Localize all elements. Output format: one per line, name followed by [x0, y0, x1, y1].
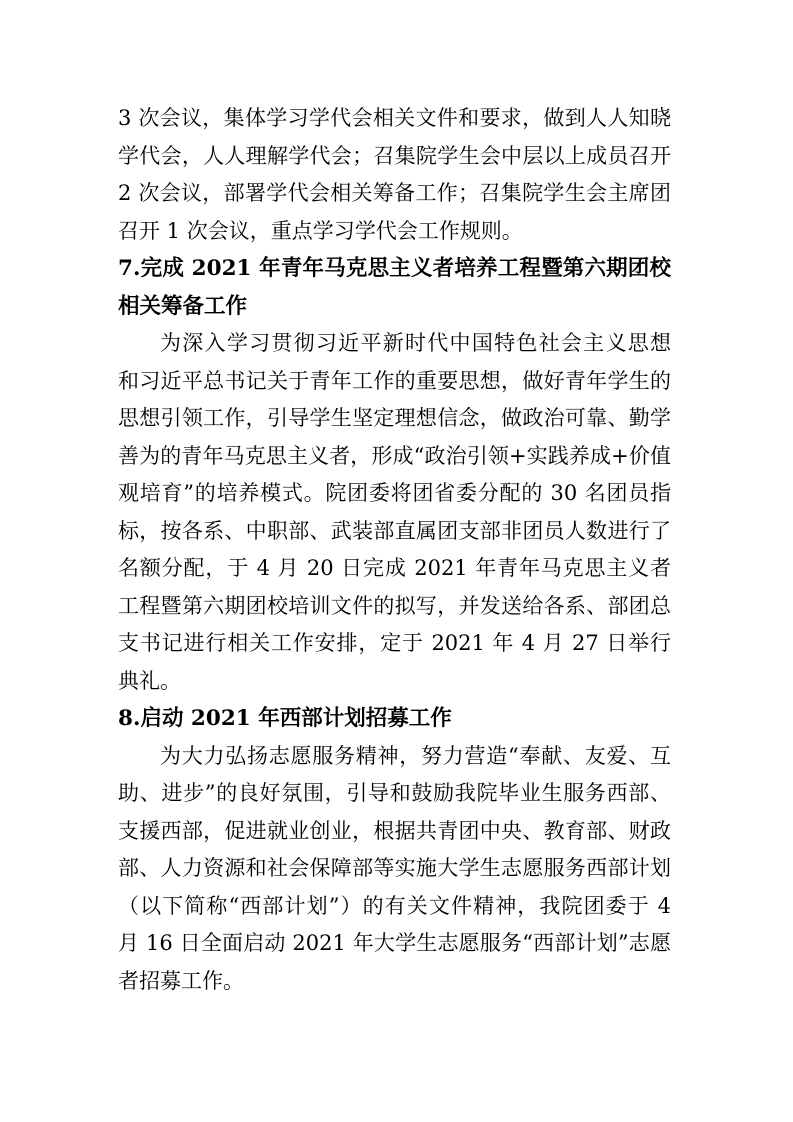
- text-line: 支援西部，促进就业创业，根据共青团中央、教育部、财政: [118, 813, 671, 851]
- heading-line: 相关筹备工作: [118, 288, 671, 326]
- text-line: 工程暨第六期团校培训文件的拟写，并发送给各系、部团总: [118, 588, 671, 626]
- text-line: 学代会，人人理解学代会；召集院学生会中层以上成员召开: [118, 138, 671, 176]
- text-line: 月 16 日全面启动 2021 年大学生志愿服务“西部计划”志愿: [118, 925, 671, 963]
- document-page: 3 次会议，集体学习学代会相关文件和要求，做到人人知晓 学代会，人人理解学代会；…: [0, 0, 793, 1122]
- heading-8-west-plan: 8.启动 2021 年西部计划招募工作: [118, 700, 671, 738]
- text-line: 助、进步”的良好氛围，引导和鼓励我院毕业生服务西部、: [118, 775, 671, 813]
- text-line: 为深入学习贯彻习近平新时代中国特色社会主义思想: [118, 325, 671, 363]
- text-line: 2 次会议，部署学代会相关筹备工作；召集院学生会主席团: [118, 175, 671, 213]
- text-line: 召开 1 次会议，重点学习学代会工作规则。: [118, 213, 671, 251]
- text-line: 部、人力资源和社会保障部等实施大学生志愿服务西部计划: [118, 850, 671, 888]
- heading-line: 7.完成 2021 年青年马克思主义者培养工程暨第六期团校的: [118, 250, 671, 288]
- text-line: 3 次会议，集体学习学代会相关文件和要求，做到人人知晓: [118, 100, 671, 138]
- para-west-plan-recruitment: 为大力弘扬志愿服务精神，努力营造“奉献、友爱、互 助、进步”的良好氛围，引导和鼓…: [118, 738, 671, 1001]
- text-line: 善为的青年马克思主义者，形成“政治引领+实践养成+价值: [118, 438, 671, 476]
- para-youth-marxist-training: 为深入学习贯彻习近平新时代中国特色社会主义思想 和习近平总书记关于青年工作的重要…: [118, 325, 671, 700]
- document-content: 3 次会议，集体学习学代会相关文件和要求，做到人人知晓 学代会，人人理解学代会；…: [118, 100, 671, 1000]
- text-line: 名额分配，于 4 月 20 日完成 2021 年青年马克思主义者培养: [118, 550, 671, 588]
- heading-7-youth-marxist-program: 7.完成 2021 年青年马克思主义者培养工程暨第六期团校的 相关筹备工作: [118, 250, 671, 325]
- text-line: 者招募工作。: [118, 963, 671, 1001]
- heading-line: 8.启动 2021 年西部计划招募工作: [118, 700, 671, 738]
- text-line: 思想引领工作，引导学生坚定理想信念，做政治可靠、勤学: [118, 400, 671, 438]
- text-line: 和习近平总书记关于青年工作的重要思想，做好青年学生的: [118, 363, 671, 401]
- text-line: 标，按各系、中职部、武装部直属团支部非团员人数进行了: [118, 513, 671, 551]
- text-line: 典礼。: [118, 663, 671, 701]
- text-line: 为大力弘扬志愿服务精神，努力营造“奉献、友爱、互: [118, 738, 671, 776]
- text-line: （以下简称“西部计划”）的有关文件精神，我院团委于 4: [118, 888, 671, 926]
- para-student-congress-meetings: 3 次会议，集体学习学代会相关文件和要求，做到人人知晓 学代会，人人理解学代会；…: [118, 100, 671, 250]
- text-line: 支书记进行相关工作安排，定于 2021 年 4 月 27 日举行开班: [118, 625, 671, 663]
- text-line: 观培育”的培养模式。院团委将团省委分配的 30 名团员指: [118, 475, 671, 513]
